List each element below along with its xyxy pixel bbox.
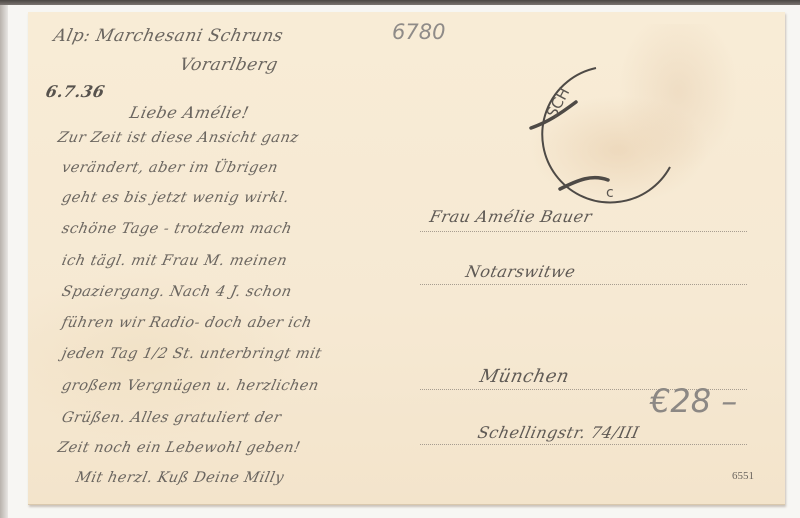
address-rule-2 (420, 284, 747, 285)
address-city: München (478, 366, 572, 387)
message-line: Zur Zeit ist diese Ansicht ganz (56, 130, 300, 146)
address-title: Notarswitwe (464, 262, 577, 281)
address-rule-4 (420, 444, 747, 445)
message-signature: Mit herzl. Kuß Deine Milly (74, 470, 285, 486)
message-line: jeden Tag 1/2 St. unterbringt mit (60, 346, 323, 362)
message-line: geht es bis jetzt wenig wirkl. (60, 190, 290, 206)
message-date: 6.7.36 (44, 82, 107, 101)
sender-location-line1: Alp: Marchesani Schruns (52, 26, 285, 46)
scan-top-border (0, 0, 800, 5)
message-line: führen wir Radio- doch aber ich (60, 315, 313, 331)
address-rule-1 (420, 231, 747, 232)
message-line: Grüßen. Alles gratuliert der (60, 410, 283, 426)
message-salutation: Liebe Amélie! (128, 103, 251, 122)
postmark-icon: SCH c (528, 62, 678, 212)
publisher-number: 6551 (732, 470, 754, 482)
price-pencil: €28 – (650, 382, 737, 420)
address-street: Schellingstr. 74/III (476, 423, 641, 442)
svg-text:c: c (606, 185, 614, 201)
archive-number-pencil: 6780 (392, 20, 445, 44)
svg-text:SCH: SCH (543, 85, 574, 121)
message-line: großem Vergnügen u. herzlichen (60, 378, 320, 394)
message-line: Spaziergang. Nach 4 J. schon (60, 284, 293, 300)
address-name: Frau Amélie Bauer (428, 207, 594, 226)
message-line: verändert, aber im Übrigen (60, 160, 279, 176)
message-line: Zeit noch ein Lebewohl geben! (56, 440, 302, 456)
scan-left-border (0, 5, 8, 518)
message-line: schöne Tage - trotzdem mach (60, 221, 293, 237)
message-line: ich tägl. mit Frau M. meinen (60, 253, 288, 269)
sender-location-line2: Vorarlberg (178, 55, 280, 75)
